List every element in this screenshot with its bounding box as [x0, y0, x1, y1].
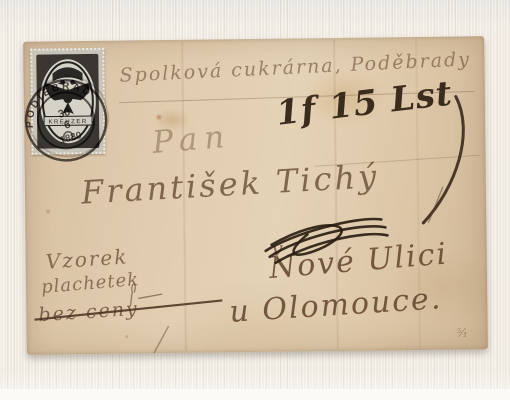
crease-line — [415, 39, 421, 348]
pencil-guideline — [315, 155, 480, 166]
pen-slash — [154, 326, 169, 353]
postal-rate-marking: 1f 15 Lst — [274, 73, 454, 133]
pen-flourish — [422, 96, 465, 222]
postmark-month: 6 — [63, 119, 72, 132]
crossed-place-prefix: v — [272, 237, 284, 261]
sample-note-line-2: plachetek — [40, 269, 140, 298]
crease-line — [333, 40, 339, 349]
scribble-strikeout — [265, 219, 388, 263]
sample-note-line-3-struck: bez ceny — [38, 298, 140, 326]
strike-line — [34, 300, 222, 319]
corner-mark: ⁵⁄₁ — [457, 326, 468, 339]
sample-note-line-1: Vzorek — [45, 244, 129, 273]
pen-slash — [428, 187, 443, 223]
envelope: KREUZER PODIEBRAD 30 6 1880 Spolková cuk — [23, 36, 488, 355]
photo-mat-edge — [0, 389, 510, 400]
crease-line — [181, 42, 187, 351]
sender-line: Spolková cukrárna, Poděbrady — [119, 48, 471, 87]
photo-background: KREUZER PODIEBRAD 30 6 1880 Spolková cuk — [0, 0, 510, 400]
small-ink-mark — [130, 284, 162, 307]
pencil-guideline — [119, 91, 474, 102]
salutation-line: Pan — [151, 119, 233, 161]
address-line-1: Nové Ulici — [268, 236, 450, 286]
